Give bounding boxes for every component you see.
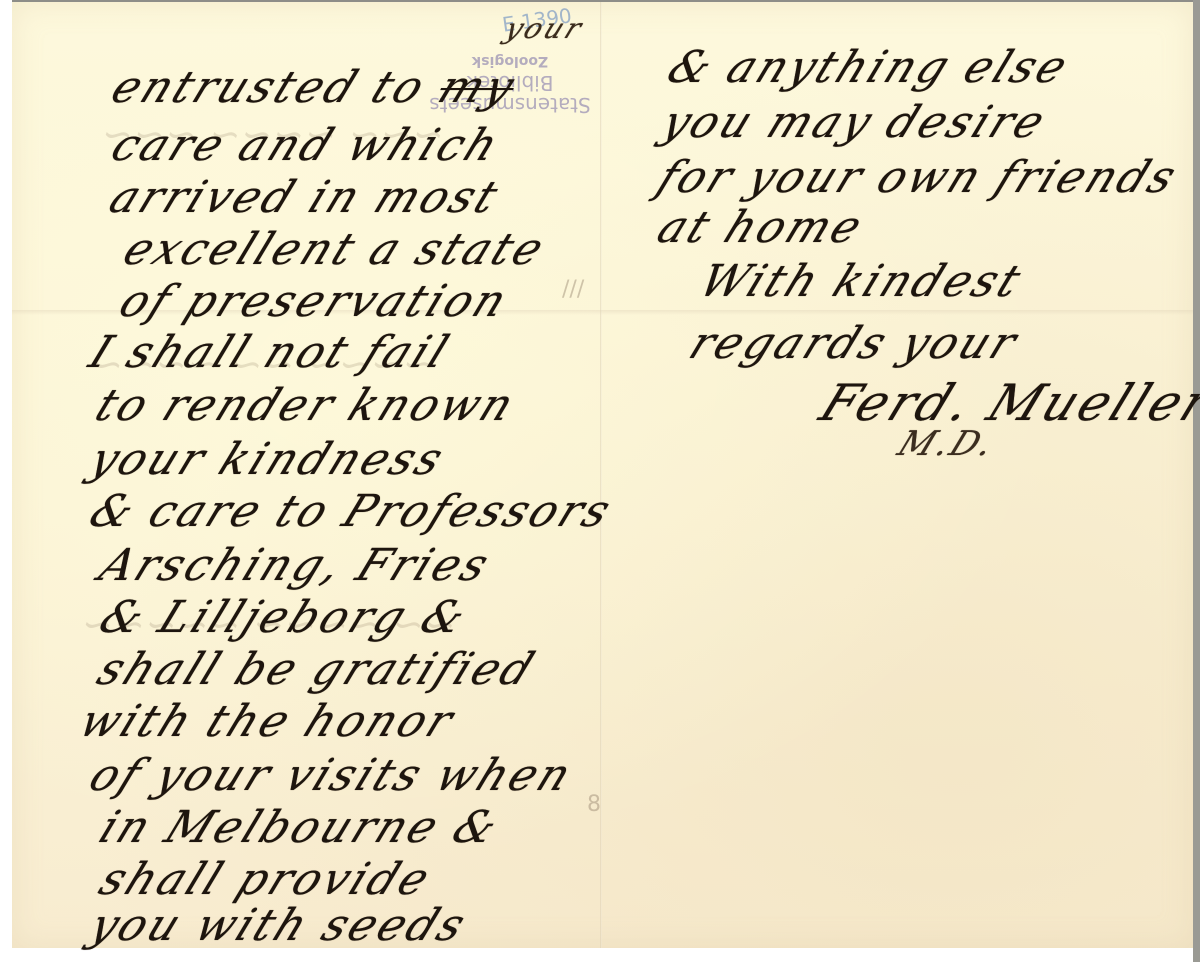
handwritten-line: shall provide xyxy=(92,854,440,905)
handwritten-line: you with seeds xyxy=(82,900,475,951)
signature-suffix: M.D. xyxy=(892,424,1003,464)
handwritten-line: in Melbourne & xyxy=(92,802,508,853)
line-text: entrusted to xyxy=(104,62,452,113)
handwritten-line: to render known xyxy=(88,380,524,431)
handwritten-line: for your own friends xyxy=(650,152,1186,203)
inserted-word: your xyxy=(500,12,589,45)
handwritten-line: at home xyxy=(650,202,872,253)
handwritten-line: Arsching, Fries xyxy=(92,540,499,591)
signature: Ferd. Mueller xyxy=(812,374,1200,432)
scan-right-border xyxy=(1193,0,1200,962)
handwritten-line: With kindest xyxy=(692,256,1031,307)
handwritten-line: with the honor xyxy=(72,696,463,747)
handwritten-line: of your visits when xyxy=(82,750,581,801)
handwritten-line: you may desire xyxy=(654,97,1055,148)
handwritten-line: arrived in most xyxy=(102,172,508,223)
handwritten-line: I shall not fail xyxy=(82,327,458,378)
left-page: ~~~ ~~~~ ~~~ ~~~~ ~~ ~~~~ ~~ ~~~~ ~~~~~ … xyxy=(12,2,600,948)
handwritten-line: your kindness xyxy=(82,434,453,485)
margin-mark: 8 xyxy=(587,792,601,817)
margin-mark: /// xyxy=(562,277,584,302)
handwritten-line: & Lilljeborg & xyxy=(92,592,476,643)
handwritten-line: excellent a state xyxy=(116,224,554,275)
handwritten-line: shall be gratified xyxy=(90,644,544,695)
handwritten-line: & anything else xyxy=(660,42,1078,93)
handwritten-line: & care to Professors xyxy=(82,486,621,537)
right-page: & anything else you may desire for your … xyxy=(602,2,1193,948)
handwritten-line: care and which xyxy=(104,120,508,171)
handwritten-line: regards your xyxy=(682,318,1027,369)
handwritten-line: of preservation xyxy=(112,276,517,327)
handwritten-line: entrusted to my xyxy=(104,62,524,113)
letter-sheet: ~~~ ~~~~ ~~~ ~~~~ ~~ ~~~~ ~~ ~~~~ ~~~~~ … xyxy=(12,2,1193,948)
